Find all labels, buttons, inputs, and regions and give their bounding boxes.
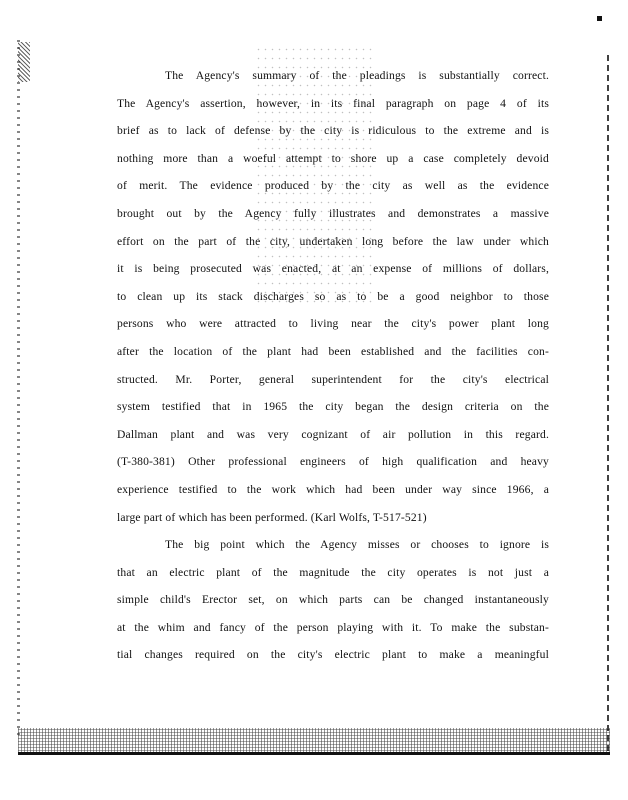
text-line: structed. Mr. Porter, general superinten… bbox=[117, 366, 549, 394]
text-line: experience testified to the work which h… bbox=[117, 476, 549, 504]
text-line: to clean up its stack discharges so as t… bbox=[117, 283, 549, 311]
text-line: The Agency's assertion, however, in its … bbox=[117, 90, 549, 118]
paragraph-1: The Agency's summary of the pleadings is… bbox=[117, 62, 549, 531]
text-line: simple child's Erector set, on which par… bbox=[117, 586, 549, 614]
paragraph-2: The big point which the Agency misses or… bbox=[117, 531, 549, 669]
text-line: Dallman plant and was very cognizant of … bbox=[117, 421, 549, 449]
text-line: The big point which the Agency misses or… bbox=[117, 531, 549, 559]
text-line: at the whim and fancy of the person play… bbox=[117, 614, 549, 642]
scan-artifact-bottom-edge bbox=[18, 728, 610, 754]
text-line: that an electric plant of the magnitude … bbox=[117, 559, 549, 587]
text-line: nothing more than a woeful attempt to sh… bbox=[117, 145, 549, 173]
scan-artifact-left-corner bbox=[18, 42, 30, 82]
scan-artifact-left-edge bbox=[17, 40, 20, 740]
text-line: persons who were attracted to living nea… bbox=[117, 310, 549, 338]
scan-artifact-bottom-line bbox=[18, 752, 610, 755]
page-number-mark: 3 bbox=[597, 16, 602, 21]
document-body: The Agency's summary of the pleadings is… bbox=[117, 62, 549, 669]
text-line: it is being prosecuted was enacted, at a… bbox=[117, 255, 549, 283]
text-line: (T-380-381) Other professional engineers… bbox=[117, 448, 549, 476]
text-line: effort on the part of the city, undertak… bbox=[117, 228, 549, 256]
scan-artifact-right-edge bbox=[607, 55, 609, 755]
text-line: large part of which has been performed. … bbox=[117, 504, 549, 532]
text-line: brief as to lack of defense by the city … bbox=[117, 117, 549, 145]
text-line: after the location of the plant had been… bbox=[117, 338, 549, 366]
text-line: brought out by the Agency fully illustra… bbox=[117, 200, 549, 228]
text-line: system testified that in 1965 the city b… bbox=[117, 393, 549, 421]
text-line: The Agency's summary of the pleadings is… bbox=[117, 62, 549, 90]
text-line: of merit. The evidence produced by the c… bbox=[117, 172, 549, 200]
text-line: tial changes required on the city's elec… bbox=[117, 641, 549, 669]
